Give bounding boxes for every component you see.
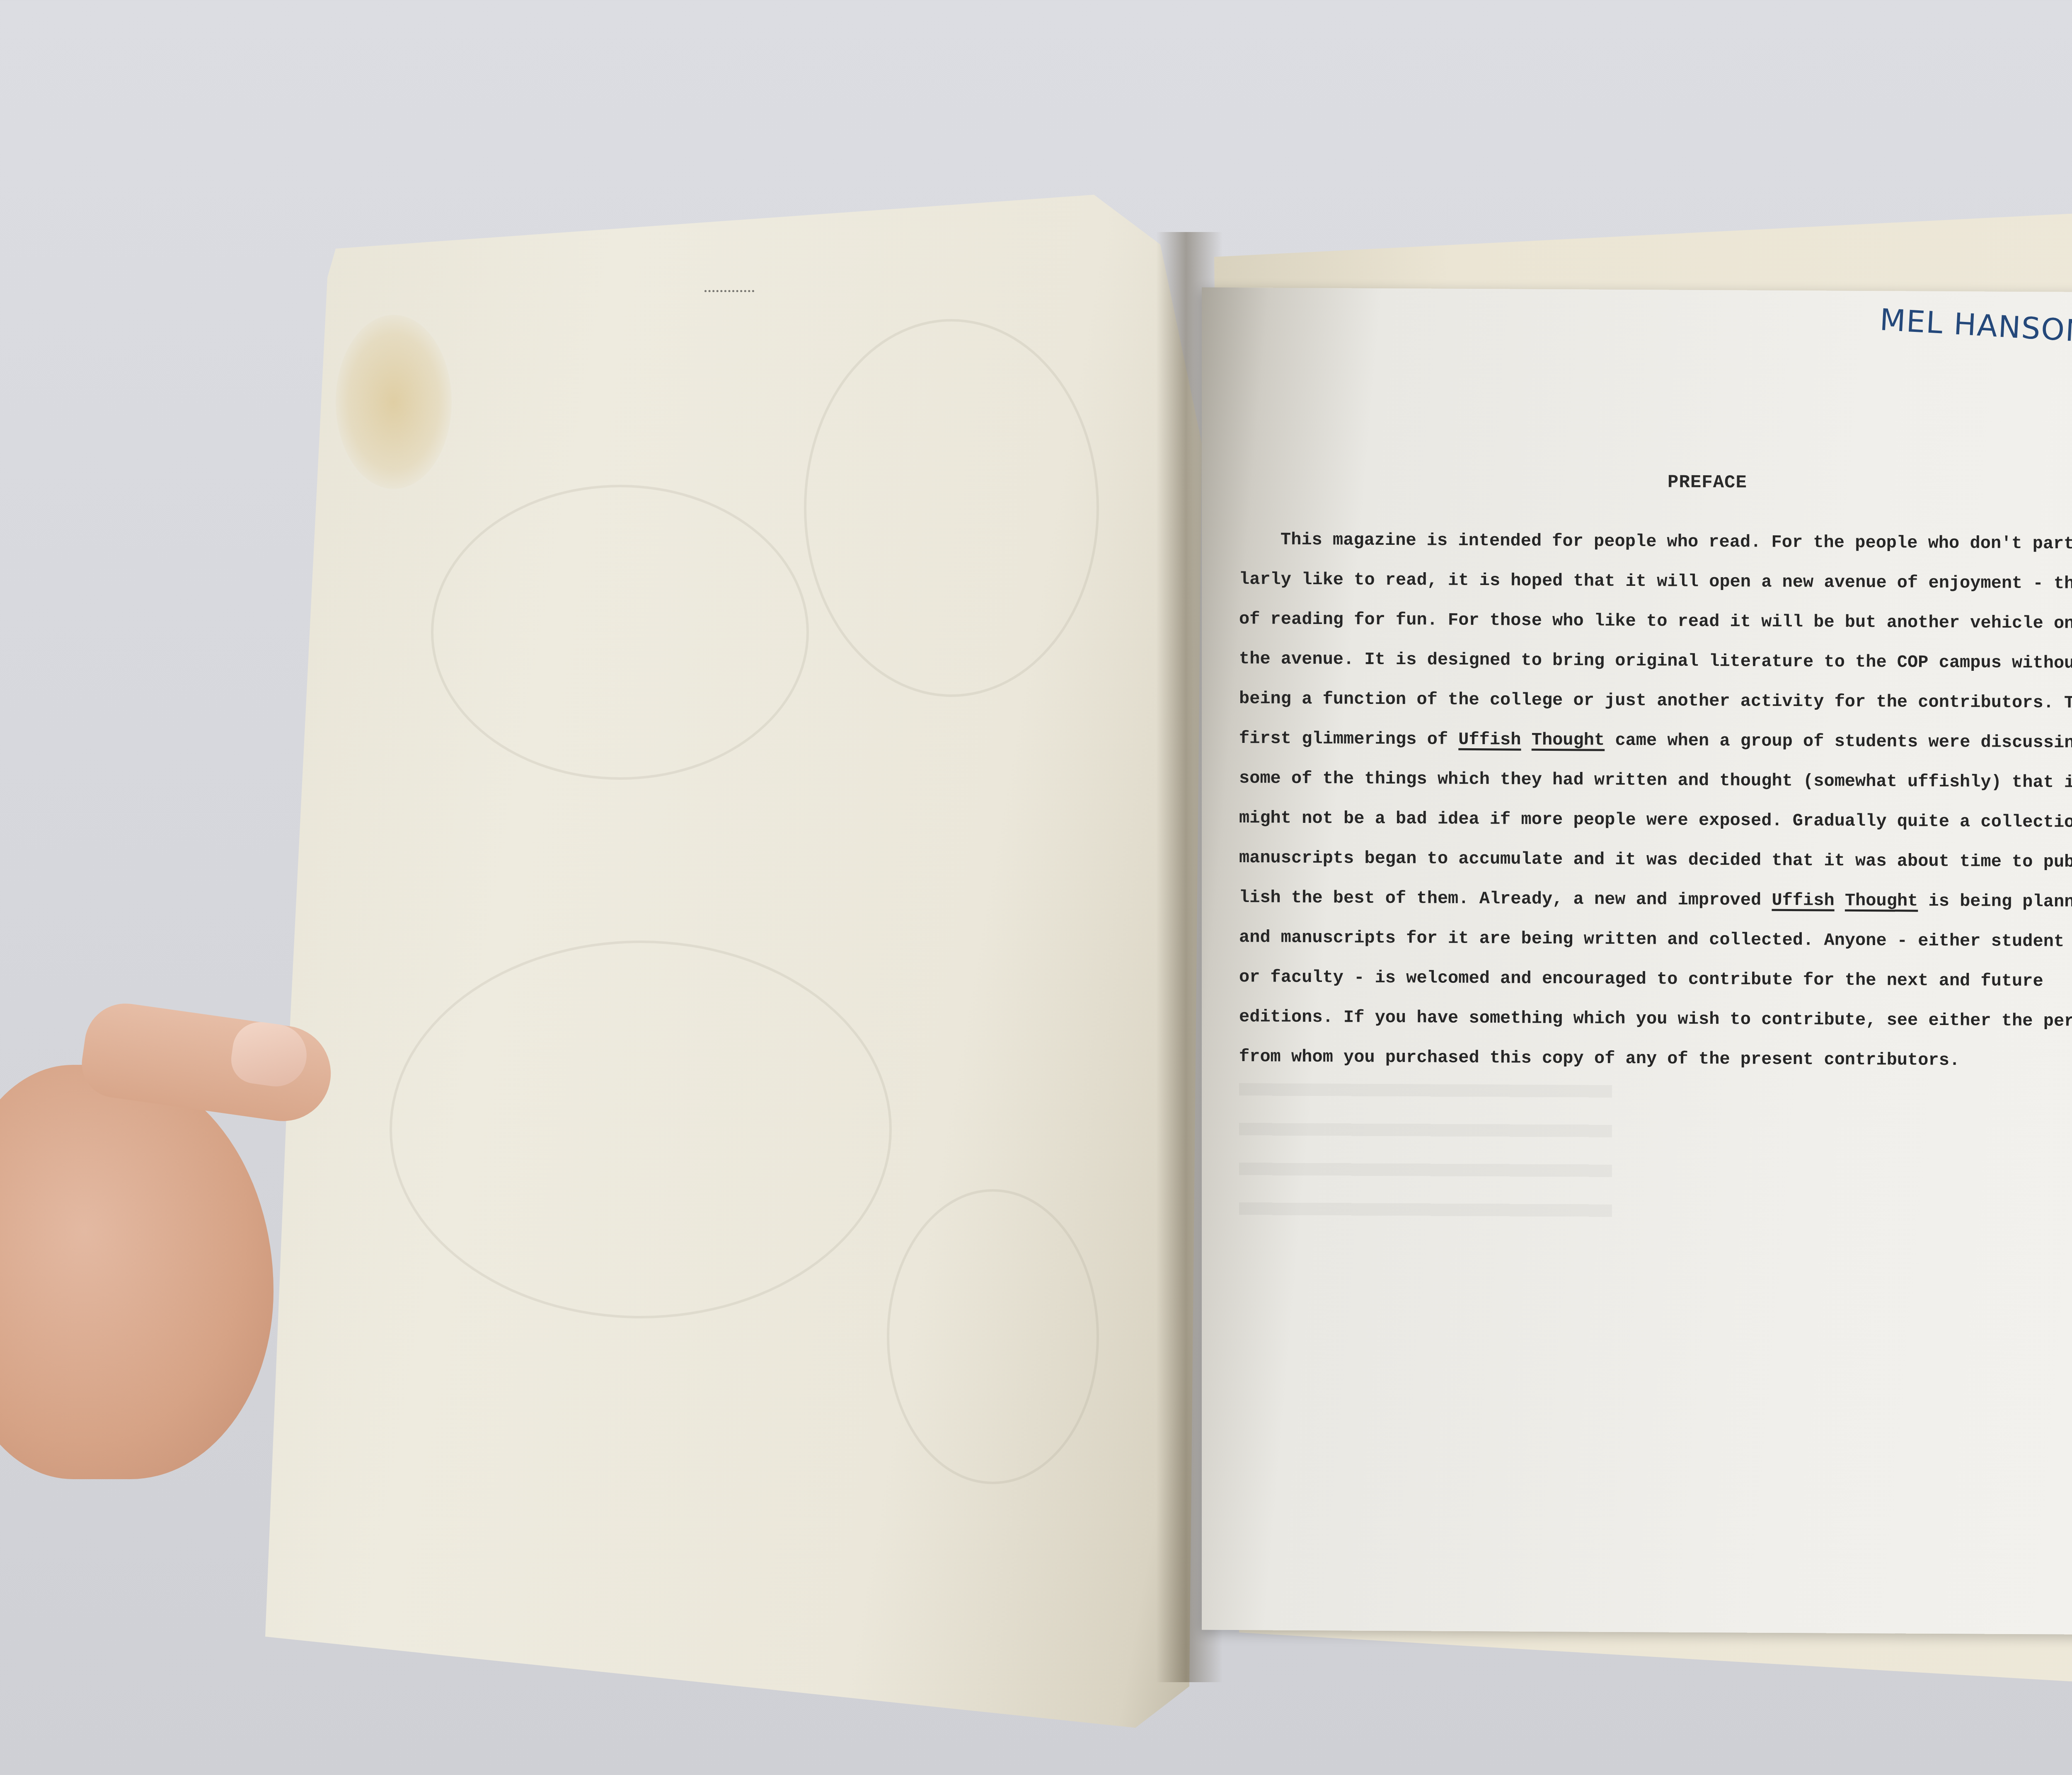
bleed-through-text — [1239, 1083, 1612, 1243]
photo-scene: MEL HANSON PREFACE This magazine is inte… — [0, 0, 2072, 1775]
pen-marks — [704, 290, 754, 300]
body-line: from whom you purchased this copy of any… — [1239, 1037, 2072, 1081]
faint-doodle — [804, 319, 1099, 697]
body-line: or faculty - is welcomed and encouraged … — [1239, 957, 2072, 1001]
palm — [0, 1065, 274, 1479]
body-line: This magazine is intended for people who… — [1239, 520, 2072, 564]
faint-doodle — [887, 1189, 1099, 1484]
body-line: larly like to read, it is hoped that it … — [1239, 559, 2072, 604]
text-run: lish the best of them. Already, a new an… — [1239, 888, 1772, 910]
body-line: and manuscripts for it are being written… — [1239, 917, 2072, 962]
magazine-title-underlined: Thought — [1532, 730, 1605, 750]
preface-page: MEL HANSON PREFACE This magazine is inte… — [1202, 288, 2072, 1635]
text-run — [1835, 891, 1845, 911]
text-run — [1521, 730, 1532, 750]
body-line: first glimmerings of Uffish Thought came… — [1239, 718, 2072, 763]
magazine-title-underlined: Thought — [1845, 891, 1918, 911]
body-line: being a function of the college or just … — [1239, 679, 2072, 723]
body-line: manuscripts began to accumulate and it w… — [1239, 838, 2072, 882]
text-run: is being planned — [1918, 891, 2072, 912]
faint-doodle — [390, 941, 892, 1318]
faint-doodle — [431, 485, 809, 780]
handwritten-name: MEL HANSON — [1879, 302, 2072, 349]
body-line: editions. If you have something which yo… — [1239, 997, 2072, 1041]
magazine-title-underlined: Uffish — [1458, 730, 1521, 750]
left-page-blank — [265, 195, 1202, 1728]
page-title: PREFACE — [1202, 470, 2072, 496]
body-line: lish the best of them. Already, a new an… — [1239, 878, 2072, 922]
preface-body: This magazine is intended for people who… — [1239, 520, 2072, 1081]
text-run: first glimmerings of — [1239, 728, 1458, 750]
text-run: came when a group of students were discu… — [1605, 730, 2072, 753]
body-line: the avenue. It is designed to bring orig… — [1239, 639, 2072, 683]
body-line: some of the things which they had writte… — [1239, 758, 2072, 803]
magazine-title-underlined: Uffish — [1772, 890, 1834, 911]
hand-holding-page — [0, 1007, 323, 1504]
water-stain — [336, 315, 452, 489]
body-line: might not be a bad idea if more people w… — [1239, 798, 2072, 842]
body-line: of reading for fun. For those who like t… — [1239, 599, 2072, 643]
